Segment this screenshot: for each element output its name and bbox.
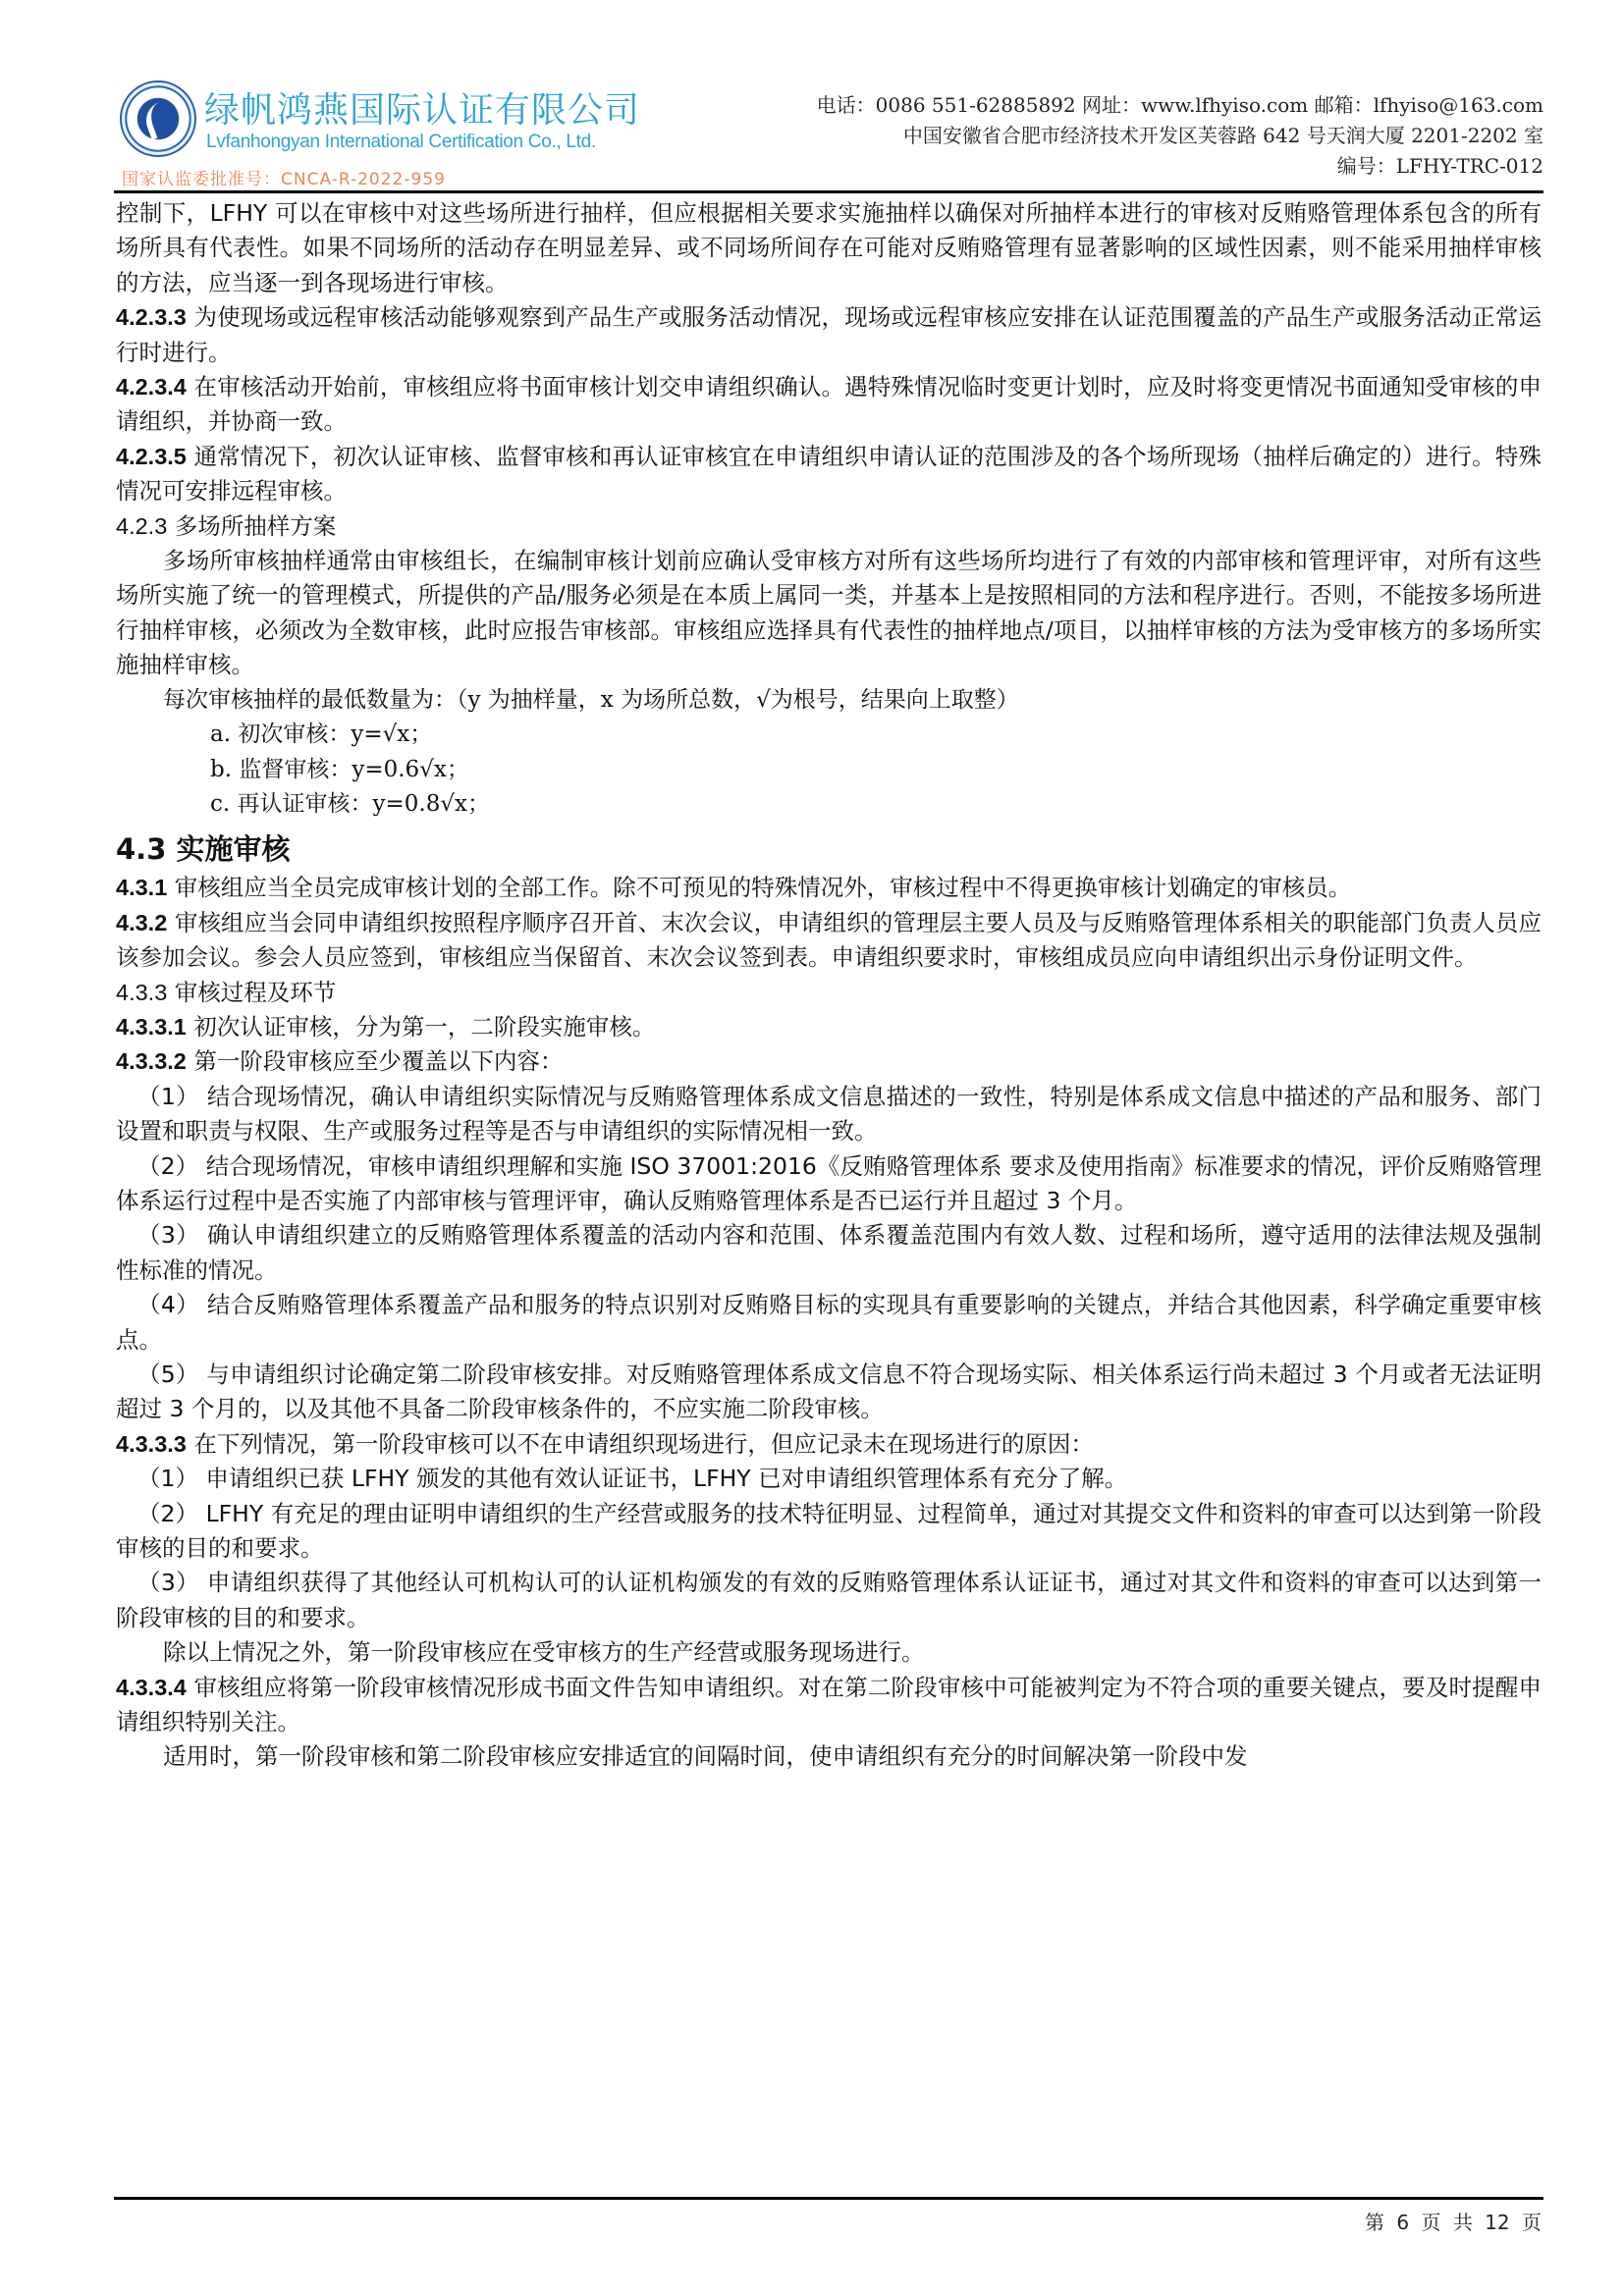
clause-4-3-3-1: 4.3.3.1 初次认证审核，分为第一，二阶段实施审核。 — [116, 1010, 1542, 1044]
formula-recertification: c. 再认证审核：y=0.8√x； — [116, 787, 1542, 822]
item-label: （2） — [137, 1152, 198, 1180]
item-text: 与申请组织讨论确定第二阶段审核安排。对反贿赂管理体系成文信息不符合现场实际、相关… — [116, 1361, 1542, 1422]
clause-number: 4.2.3 — [116, 513, 167, 539]
clause-text: 审核过程及环节 — [167, 979, 336, 1006]
clause-number: 4.2.3.4 — [116, 374, 187, 400]
item-label: （3） — [137, 1221, 199, 1249]
clause-4-3-3-4: 4.3.3.4 审核组应将第一阶段审核情况形成书面文件告知申请组织。对在第二阶段… — [116, 1671, 1542, 1740]
item-text: 结合现场情况，审核申请组织理解和实施 ISO 37001:2016《反贿赂管理体… — [116, 1152, 1542, 1214]
item-label: （5） — [137, 1361, 199, 1388]
clause-number: 4.2.3.5 — [116, 444, 187, 469]
clause-number: 4.3.3.1 — [116, 1014, 187, 1040]
stage1-item-3: （3） 确认申请组织建立的反贿赂管理体系覆盖的活动内容和范围、体系覆盖范围内有效… — [116, 1218, 1542, 1288]
item-label: （4） — [137, 1291, 199, 1318]
document-number: 编号：LFHY-TRC-012 — [817, 151, 1543, 182]
clause-text: 通常情况下，初次认证审核、监督审核和再认证审核宜在申请组织申请认证的范围涉及的各… — [116, 443, 1542, 505]
stage1-item-1: （1） 结合现场情况，确认申请组织实际情况与反贿赂管理体系成文信息描述的一致性，… — [116, 1080, 1542, 1149]
clause-4-2-3-5: 4.2.3.5 通常情况下，初次认证审核、监督审核和再认证审核宜在申请组织申请认… — [116, 440, 1542, 509]
company-logo-icon — [120, 80, 196, 157]
address-line: 中国安徽省合肥市经济技术开发区芙蓉路 642 号天润大厦 2201-2202 室 — [817, 121, 1543, 151]
paragraph-min-sample: 每次审核抽样的最低数量为：（y 为抽样量，x 为场所总数，√为根号，结果向上取整… — [116, 683, 1542, 718]
clause-number: 4.2.3.3 — [116, 304, 187, 330]
clause-text: 审核组应当全员完成审核计划的全部工作。除不可预见的特殊情况外，审核过程中不得更换… — [167, 874, 1351, 901]
paragraph-otherwise: 除以上情况之外，第一阶段审核应在受审核方的生产经营或服务现场进行。 — [116, 1635, 1542, 1670]
clause-text: 在审核活动开始前，审核组应将书面审核计划交申请组织确认。遇特殊情况临时变更计划时… — [116, 373, 1542, 435]
clause-4-2-3-3: 4.2.3.3 为使现场或远程审核活动能够观察到产品生产或服务活动情况，现场或远… — [116, 300, 1542, 370]
item-text: 确认申请组织建立的反贿赂管理体系覆盖的活动内容和范围、体系覆盖范围内有效人数、过… — [116, 1221, 1542, 1283]
clause-number: 4.3.2 — [116, 910, 167, 935]
clause-text: 初次认证审核，分为第一，二阶段实施审核。 — [187, 1013, 655, 1041]
company-name-cn: 绿帆鸿燕国际认证有限公司 — [204, 82, 640, 133]
stage1-item-5: （5） 与申请组织讨论确定第二阶段审核安排。对反贿赂管理体系成文信息不符合现场实… — [116, 1358, 1542, 1427]
paragraph-interval: 适用时，第一阶段审核和第二阶段审核应安排适宜的间隔时间，使申请组织有充分的时间解… — [116, 1739, 1542, 1774]
document-header: 绿帆鸿燕国际认证有限公司 Lvfanhongyan International … — [0, 0, 1624, 196]
formula-initial: a. 初次审核：y=√x； — [116, 718, 1542, 752]
clause-4-3-3-2: 4.3.3.2 第一阶段审核应至少覆盖以下内容： — [116, 1044, 1542, 1079]
clause-4-2-3-4: 4.2.3.4 在审核活动开始前，审核组应将书面审核计划交申请组织确认。遇特殊情… — [116, 370, 1542, 440]
item-text: 申请组织获得了其他经认可机构认可的认证机构颁发的有效的反贿赂管理体系认证证书，通… — [116, 1569, 1542, 1630]
item-text: LFHY 有充足的理由证明申请组织的生产经营或服务的技术特征明显、过程简单，通过… — [116, 1500, 1542, 1562]
footer-divider — [114, 2197, 1543, 2200]
clause-4-3-3: 4.3.3 审核过程及环节 — [116, 976, 1542, 1010]
clause-4-3-2: 4.3.2 审核组应当会同申请组织按照程序顺序召开首、末次会议，申请组织的管理层… — [116, 906, 1542, 976]
clause-text: 审核组应将第一阶段审核情况形成书面文件告知申请组织。对在第二阶段审核中可能被判定… — [116, 1674, 1542, 1735]
clause-number: 4.3.1 — [116, 875, 167, 900]
item-label: （1） — [137, 1083, 199, 1110]
offsite-item-3: （3） 申请组织获得了其他经认可机构认可的认证机构颁发的有效的反贿赂管理体系认证… — [116, 1566, 1542, 1635]
offsite-item-1: （1） 申请组织已获 LFHY 颁发的其他有效认证证书，LFHY 已对申请组织管… — [116, 1462, 1542, 1496]
clause-number: 4.3.3 — [116, 980, 167, 1005]
clause-4-3-3-3: 4.3.3.3 在下列情况，第一阶段审核可以不在申请组织现场进行，但应记录未在现… — [116, 1427, 1542, 1462]
clause-4-3-1: 4.3.1 审核组应当全员完成审核计划的全部工作。除不可预见的特殊情况外，审核过… — [116, 871, 1542, 905]
item-label: （1） — [137, 1465, 198, 1492]
item-text: 申请组织已获 LFHY 颁发的其他有效认证证书，LFHY 已对申请组织管理体系有… — [198, 1465, 1127, 1492]
item-text: 结合现场情况，确认申请组织实际情况与反贿赂管理体系成文信息描述的一致性，特别是体… — [116, 1083, 1542, 1145]
contact-block: 电话：0086 551-62885892 网址：www.lfhyiso.com … — [817, 90, 1543, 182]
approval-number: 国家认监委批准号：CNCA-R-2022-959 — [122, 165, 446, 189]
offsite-item-2: （2） LFHY 有充足的理由证明申请组织的生产经营或服务的技术特征明显、过程简… — [116, 1497, 1542, 1567]
stage1-item-2: （2） 结合现场情况，审核申请组织理解和实施 ISO 37001:2016《反贿… — [116, 1149, 1542, 1219]
clause-4-2-3-heading: 4.2.3 多场所抽样方案 — [116, 509, 1542, 544]
clause-number: 4.3.3.4 — [116, 1675, 187, 1700]
clause-number: 4.3.3.2 — [116, 1048, 187, 1074]
header-divider — [114, 190, 1543, 193]
item-label: （3） — [137, 1569, 199, 1596]
paragraph: 控制下，LFHY 可以在审核中对这些场所进行抽样，但应根据相关要求实施抽样以确保… — [116, 196, 1542, 300]
company-name-en: Lvfanhongyan International Certification… — [206, 132, 596, 153]
formula-surveillance: b. 监督审核：y=0.6√x； — [116, 753, 1542, 787]
clause-number: 4.3.3.3 — [116, 1431, 187, 1457]
item-text: 结合反贿赂管理体系覆盖产品和服务的特点识别对反贿赂目标的实现具有重要影响的关键点… — [116, 1291, 1542, 1353]
page-number: 第 6 页 共 12 页 — [1365, 2207, 1542, 2235]
section-title-4-3: 4.3 实施审核 — [116, 828, 1542, 871]
clause-text: 在下列情况，第一阶段审核可以不在申请组织现场进行，但应记录未在现场进行的原因： — [187, 1430, 1094, 1458]
clause-text: 审核组应当会同申请组织按照程序顺序召开首、末次会议，申请组织的管理层主要人员及与… — [116, 909, 1542, 971]
clause-text: 为使现场或远程审核活动能够观察到产品生产或服务活动情况，现场或远程审核应安排在认… — [116, 303, 1542, 365]
stage1-item-4: （4） 结合反贿赂管理体系覆盖产品和服务的特点识别对反贿赂目标的实现具有重要影响… — [116, 1288, 1542, 1358]
clause-text: 第一阶段审核应至少覆盖以下内容： — [187, 1047, 563, 1075]
paragraph-multisite: 多场所审核抽样通常由审核组长，在编制审核计划前应确认受审核方对所有这些场所均进行… — [116, 544, 1542, 683]
document-body: 控制下，LFHY 可以在审核中对这些场所进行抽样，但应根据相关要求实施抽样以确保… — [116, 196, 1542, 1775]
item-label: （2） — [137, 1500, 198, 1527]
clause-text: 多场所抽样方案 — [167, 512, 336, 540]
contact-line: 电话：0086 551-62885892 网址：www.lfhyiso.com … — [817, 90, 1543, 121]
